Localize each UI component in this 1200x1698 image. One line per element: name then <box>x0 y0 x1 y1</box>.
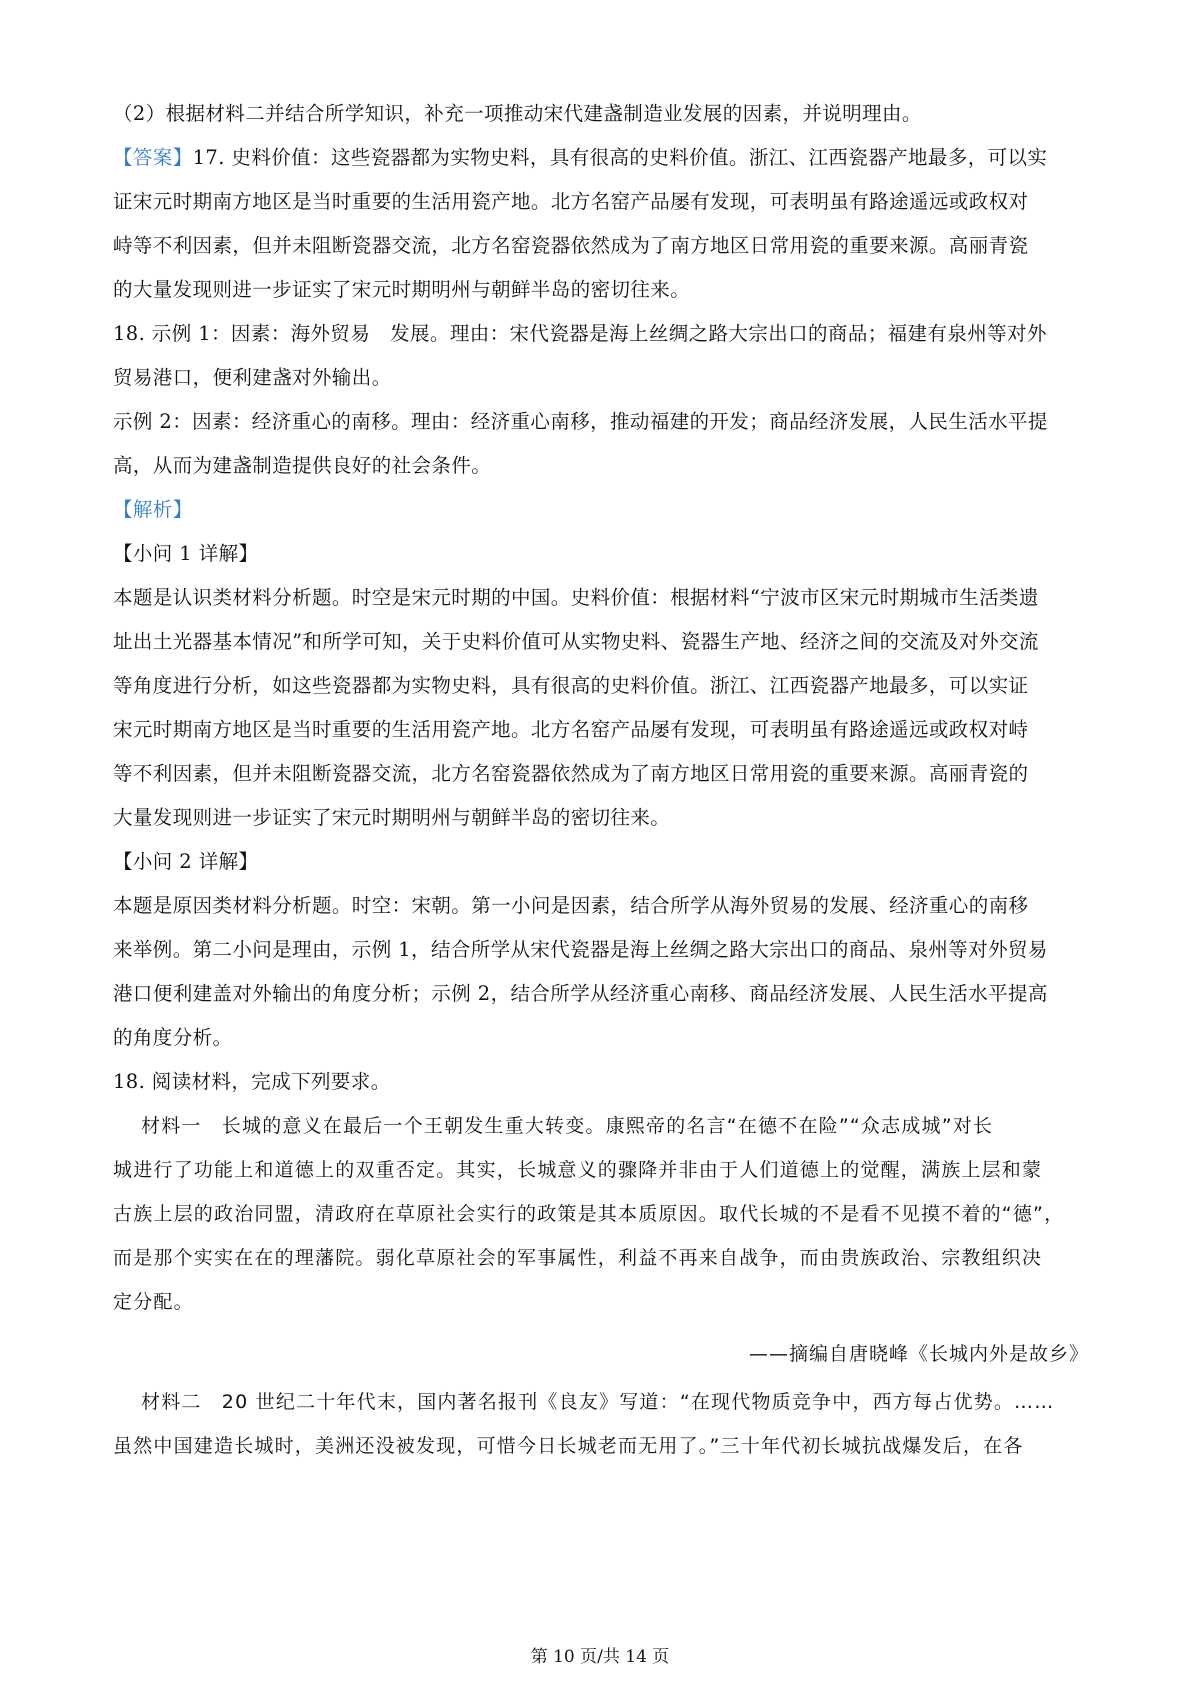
material-1-line-1: 材料一 长城的意义在最后一个王朝发生重大转变。康熙帝的名言“在德不在险”“众志成… <box>113 1104 1089 1148</box>
answer-q18-line-1: 18. 示例 1：因素：海外贸易 发展。理由：宋代瓷器是海上丝绸之路大宗出口的商… <box>113 312 1089 356</box>
answer-q17-text-1: 17. 史料价值：这些瓷器都为实物史料，具有很高的史料价值。浙江、江西瓷器产地最… <box>193 146 1048 169</box>
sub2-line-4: 的角度分析。 <box>113 1016 1089 1060</box>
sub2-line-1: 本题是原因类材料分析题。时空：宋朝。第一小问是因素，结合所学从海外贸易的发展、经… <box>113 884 1089 928</box>
sub2-line-2: 来举例。第二小问是理由，示例 1，结合所学从宋代瓷器是海上丝绸之路大宗出口的商品… <box>113 928 1089 972</box>
sub1-line-4: 宋元时期南方地区是当时重要的生活用瓷产地。北方名窑产品屡有发现，可表明虽有路途遥… <box>113 708 1089 752</box>
material-1-source: ——摘编自唐晓峰《长城内外是故乡》 <box>113 1332 1089 1376</box>
sub1-line-5: 等不利因素，但并未阻断瓷器交流，北方名窑瓷器依然成为了南方地区日常用瓷的重要来源… <box>113 752 1089 796</box>
material-1-line-5: 定分配。 <box>113 1280 1089 1324</box>
page-number-footer: 第 10 页/共 14 页 <box>0 1642 1200 1667</box>
analysis-label: 【解析】 <box>113 488 1089 532</box>
material-1-line-4: 而是那个实实在在的理藩院。弱化草原社会的军事属性，利益不再来自战争，而由贵族政治… <box>113 1236 1089 1280</box>
sub2-title: 【小问 2 详解】 <box>113 840 1089 884</box>
answer-q17-line-3: 峙等不利因素，但并未阻断瓷器交流，北方名窑瓷器依然成为了南方地区日常用瓷的重要来… <box>113 224 1089 268</box>
material-1-line-3: 古族上层的政治同盟，清政府在草原社会实行的政策是其本质原因。取代长城的不是看不见… <box>113 1192 1089 1236</box>
question-17-part-2: （2）根据材料二并结合所学知识，补充一项推动宋代建盏制造业发展的因素，并说明理由… <box>113 92 1089 136</box>
material-2-line-2: 虽然中国建造长城时，美洲还没被发现，可惜今日长城老而无用了。”三十年代初长城抗战… <box>113 1424 1089 1468</box>
sub1-line-2: 址出土光器基本情况”和所学可知，关于史料价值可从实物史料、瓷器生产地、经济之间的… <box>113 620 1089 664</box>
sub1-line-1: 本题是认识类材料分析题。时空是宋元时期的中国。史料价值：根据材料“宁波市区宋元时… <box>113 576 1089 620</box>
answer-q18-line-3: 示例 2：因素：经济重心的南移。理由：经济重心南移，推动福建的开发；商品经济发展… <box>113 400 1089 444</box>
question-18-section: 18. 阅读材料，完成下列要求。 材料一 长城的意义在最后一个王朝发生重大转变。… <box>113 1060 1089 1468</box>
answer-q18-line-4: 高，从而为建盏制造提供良好的社会条件。 <box>113 444 1089 488</box>
page-content: （2）根据材料二并结合所学知识，补充一项推动宋代建盏制造业发展的因素，并说明理由… <box>113 92 1089 1468</box>
material-2-line-1: 材料二 20 世纪二十年代末，国内著名报刊《良友》写道：“在现代物质竞争中，西方… <box>113 1380 1089 1424</box>
answer-q18-line-2: 贸易港口，便利建盏对外输出。 <box>113 356 1089 400</box>
answer-q17-line-1: 【答案】17. 史料价值：这些瓷器都为实物史料，具有很高的史料价值。浙江、江西瓷… <box>113 136 1089 180</box>
question-18-prompt: 18. 阅读材料，完成下列要求。 <box>113 1060 1089 1104</box>
document-page: （2）根据材料二并结合所学知识，补充一项推动宋代建盏制造业发展的因素，并说明理由… <box>0 0 1200 1698</box>
sub1-line-3: 等角度进行分析，如这些瓷器都为实物史料，具有很高的史料价值。浙江、江西瓷器产地最… <box>113 664 1089 708</box>
material-1-line-2: 城进行了功能上和道德上的双重否定。其实，长城意义的骤降并非由于人们道德上的觉醒，… <box>113 1148 1089 1192</box>
sub1-line-6: 大量发现则进一步证实了宋元时期明州与朝鲜半岛的密切往来。 <box>113 796 1089 840</box>
analysis-section: 【解析】 【小问 1 详解】 本题是认识类材料分析题。时空是宋元时期的中国。史料… <box>113 488 1089 1060</box>
answer-section: 【答案】17. 史料价值：这些瓷器都为实物史料，具有很高的史料价值。浙江、江西瓷… <box>113 136 1089 488</box>
answer-q17-line-2: 证宋元时期南方地区是当时重要的生活用瓷产地。北方名窑产品屡有发现，可表明虽有路途… <box>113 180 1089 224</box>
answer-q17-line-4: 的大量发现则进一步证实了宋元时期明州与朝鲜半岛的密切往来。 <box>113 268 1089 312</box>
sub2-line-3: 港口便利建盖对外输出的角度分析；示例 2，结合所学从经济重心南移、商品经济发展、… <box>113 972 1089 1016</box>
answer-label: 【答案】 <box>113 146 193 169</box>
sub1-title: 【小问 1 详解】 <box>113 532 1089 576</box>
